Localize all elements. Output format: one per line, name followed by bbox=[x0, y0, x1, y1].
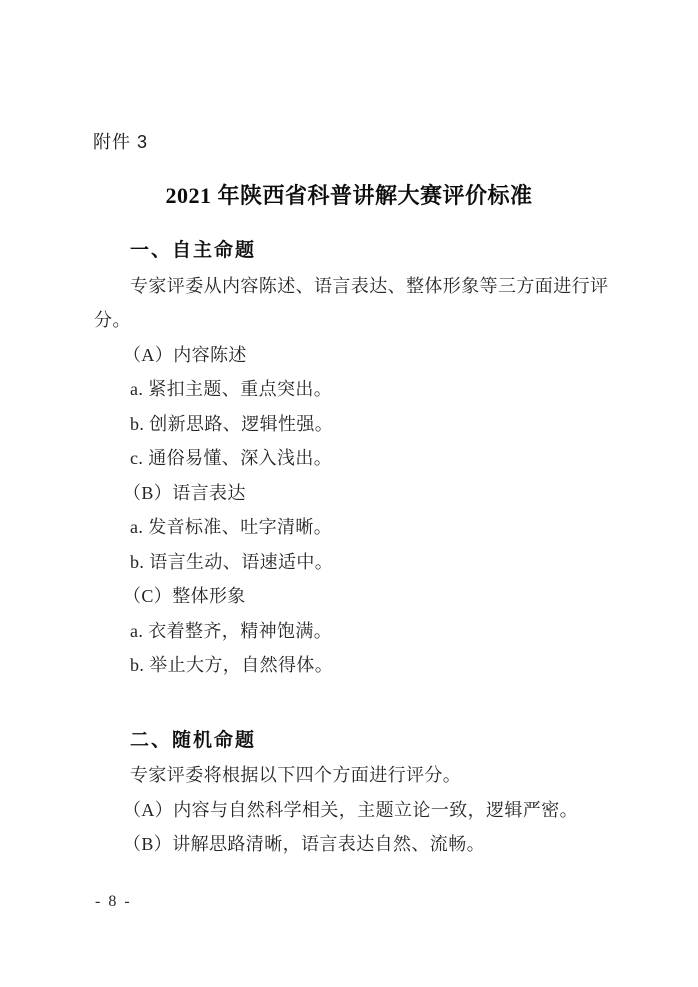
criterion-group-line: （C）整体形象 bbox=[94, 579, 606, 614]
paragraph-continuation-line: 分。 bbox=[94, 303, 606, 338]
section-heading: 二、随机命题 bbox=[94, 724, 606, 759]
criterion-item-line: b. 语言生动、语速适中。 bbox=[94, 545, 606, 580]
criterion-item-line: a. 紧扣主题、重点突出。 bbox=[94, 372, 606, 407]
page-number: - 8 - bbox=[95, 891, 132, 913]
criterion-item-line: c. 通俗易懂、深入浅出。 bbox=[94, 441, 606, 476]
criterion-group-line: （A）内容陈述 bbox=[94, 338, 606, 373]
criterion-group-line: （B）讲解思路清晰，语言表达自然、流畅。 bbox=[94, 827, 606, 862]
criterion-group-line: （B）语言表达 bbox=[94, 476, 606, 511]
criterion-item-line: b. 举止大方，自然得体。 bbox=[94, 648, 606, 683]
paragraph-line: 专家评委从内容陈述、语言表达、整体形象等三方面进行评 bbox=[94, 269, 606, 304]
document-body: 一、自主命题专家评委从内容陈述、语言表达、整体形象等三方面进行评分。（A）内容陈… bbox=[94, 234, 606, 862]
document-title: 2021 年陕西省科普讲解大赛评价标准 bbox=[0, 178, 698, 213]
document-page: 附件 3 2021 年陕西省科普讲解大赛评价标准 一、自主命题专家评委从内容陈述… bbox=[0, 0, 698, 987]
section-heading: 一、自主命题 bbox=[94, 234, 606, 269]
attachment-label: 附件 3 bbox=[93, 131, 148, 153]
paragraph-line: 专家评委将根据以下四个方面进行评分。 bbox=[94, 758, 606, 793]
criterion-group-line: （A）内容与自然科学相关，主题立论一致，逻辑严密。 bbox=[94, 793, 606, 828]
section-spacer bbox=[94, 683, 606, 724]
criterion-item-line: a. 衣着整齐，精神饱满。 bbox=[94, 614, 606, 649]
criterion-item-line: b. 创新思路、逻辑性强。 bbox=[94, 407, 606, 442]
criterion-item-line: a. 发音标准、吐字清晰。 bbox=[94, 510, 606, 545]
